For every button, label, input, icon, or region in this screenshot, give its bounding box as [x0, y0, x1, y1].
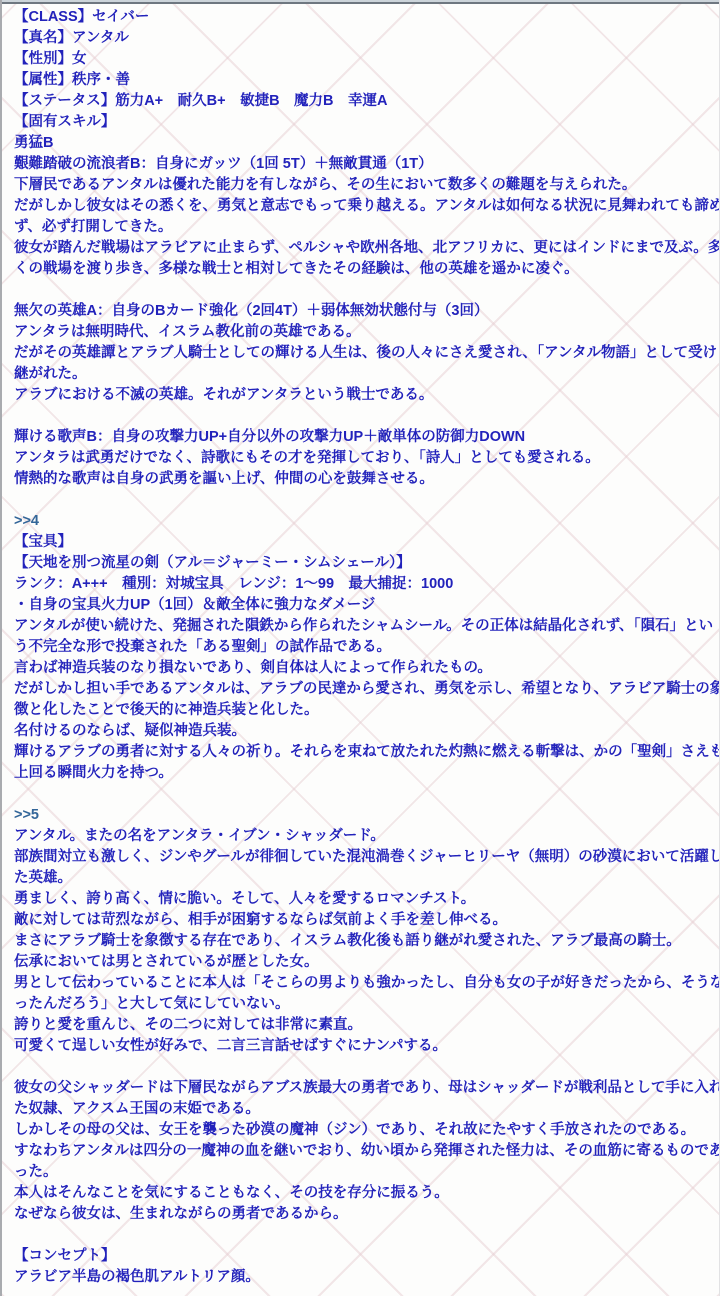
- text-line: 艱難踏破の流浪者B：自身にガッツ（1回 5T）＋無敵貫通（1T）: [14, 154, 707, 175]
- text-line: 誇りと愛を重んじ、その二つに対しては非常に素直。: [14, 1015, 707, 1036]
- text-line: 情熱的な歌声は自身の武勇を謳い上げ、仲間の心を鼓舞させる。: [14, 469, 707, 490]
- text-line: くの戦場を渡り歩き、多様な戦士と相対してきたその経験は、他の英雄を遥かに凌ぐ。: [14, 259, 707, 280]
- text-line: ったんだろう」と大して気にしていない。: [14, 994, 707, 1015]
- text-line: 言わば神造兵装のなり損ないであり、剣自体は人によって作られたもの。: [14, 658, 707, 679]
- text-line: なぜなら彼女は、生まれながらの勇者であるから。: [14, 1204, 707, 1225]
- text-line: った。: [14, 1162, 707, 1183]
- text-line: ランク：A+++ 種別：対城宝具 レンジ：1～99 最大捕捉：1000: [14, 574, 707, 595]
- text-line: 【コンセプト】: [14, 1246, 707, 1267]
- text-line: 輝ける歌声B：自身の攻撃力UP+自分以外の攻撃力UP＋敵単体の防御力DOWN: [14, 427, 707, 448]
- post-lines: 【CLASS】セイバー【真名】アンタル【性別】女【属性】秩序・善【ステータス】筋…: [2, 4, 719, 1288]
- text-line: た英雄。: [14, 868, 707, 889]
- text-line: アンタルが使い続けた、発掘された隕鉄から作られたシャムシール。その正体は結晶化さ…: [14, 616, 707, 637]
- text-line: 【固有スキル】: [14, 112, 707, 133]
- text-line: しかしその母の父は、女王を襲った砂漠の魔神（ジン）であり、それ故にたやすく手放さ…: [14, 1120, 707, 1141]
- text-line: 【CLASS】セイバー: [14, 7, 707, 28]
- text-line: 本人はそんなことを気にすることもなく、その技を存分に振るう。: [14, 1183, 707, 1204]
- text-line: 部族間対立も激しく、ジンやグールが徘徊していた混沌渦巻くジャーヒリーヤ（無明）の…: [14, 847, 707, 868]
- text-line: 可愛くて逞しい女性が好みで、二言三言話せばすぐにナンパする。: [14, 1036, 707, 1057]
- text-line: 【属性】秩序・善: [14, 70, 707, 91]
- anchor-link[interactable]: >>4: [14, 511, 707, 532]
- text-line: 【真名】アンタル: [14, 28, 707, 49]
- text-line: 敵に対しては苛烈ながら、相手が困窮するならば気前よく手を差し伸べる。: [14, 910, 707, 931]
- text-line: すなわちアンタルは四分の一魔神の血を継いでおり、幼い頃から発揮された怪力は、その…: [14, 1141, 707, 1162]
- text-line: アンタル。またの名をアンタラ・イブン・シャッダード。: [14, 826, 707, 847]
- text-line: 【宝具】: [14, 532, 707, 553]
- thread-view: 【CLASS】セイバー【真名】アンタル【性別】女【属性】秩序・善【ステータス】筋…: [0, 0, 720, 1296]
- anchor-link[interactable]: >>5: [14, 805, 707, 826]
- text-line: 下層民であるアンタルは優れた能力を有しながら、その生において数多くの難題を与えら…: [14, 175, 707, 196]
- text-line: 【性別】女: [14, 49, 707, 70]
- text-line: 彼女が踏んだ戦場はアラビアに止まらず、ペルシャや欧州各地、北アフリカに、更にはイ…: [14, 238, 707, 259]
- text-line: 男として伝わっていることに本人は「そこらの男よりも強かったし、自分も女の子が好き…: [14, 973, 707, 994]
- blank-line: [14, 280, 707, 301]
- text-line: 彼女の父シャッダードは下層民ながらアブス族最大の勇者であり、母はシャッダードが戦…: [14, 1078, 707, 1099]
- text-line: 継がれた。: [14, 364, 707, 385]
- text-line: アンタラは無明時代、イスラム教化前の英雄である。: [14, 322, 707, 343]
- text-line: 勇ましく、誇り高く、情に脆い。そして、人々を愛するロマンチスト。: [14, 889, 707, 910]
- text-line: 徴と化したことで後天的に神造兵装と化した。: [14, 700, 707, 721]
- text-line: 無欠の英雄A：自身のBカード強化（2回4T）＋弱体無効状態付与（3回）: [14, 301, 707, 322]
- text-line: 輝けるアラブの勇者に対する人々の祈り。それらを束ねて放たれた灼熱に燃える斬撃は、…: [14, 742, 707, 763]
- text-line: 名付けるのならば、疑似神造兵装。: [14, 721, 707, 742]
- text-line: アラブにおける不滅の英雄。それがアンタラという戦士である。: [14, 385, 707, 406]
- text-line: う不完全な形で投棄された「ある聖剣」の試作品である。: [14, 637, 707, 658]
- blank-line: [14, 406, 707, 427]
- blank-line: [14, 784, 707, 805]
- text-line: 勇猛B: [14, 133, 707, 154]
- text-line: 【天地を別つ流星の剣（アル＝ジャーミー・シムシェール）】: [14, 553, 707, 574]
- text-line: 【ステータス】筋力A+ 耐久B+ 敏捷B 魔力B 幸運A: [14, 91, 707, 112]
- text-line: ・自身の宝具火力UP（1回）＆敵全体に強力なダメージ: [14, 595, 707, 616]
- text-line: 上回る瞬間火力を持つ。: [14, 763, 707, 784]
- text-line: だがしかし彼女はその悉くを、勇気と意志でもって乗り越える。アンタルは如何なる状況…: [14, 196, 707, 217]
- blank-line: [14, 1225, 707, 1246]
- text-line: ず、必ず打開してきた。: [14, 217, 707, 238]
- text-line: アラビア半島の褐色肌アルトリア顔。: [14, 1267, 707, 1288]
- blank-line: [14, 1057, 707, 1078]
- text-line: アンタラは武勇だけでなく、詩歌にもその才を発揮しており、「詩人」としても愛される…: [14, 448, 707, 469]
- text-line: た奴隷、アクスム王国の末姫である。: [14, 1099, 707, 1120]
- text-line: だがしかし担い手であるアンタルは、アラブの民達から愛され、勇気を示し、希望となり…: [14, 679, 707, 700]
- blank-line: [14, 490, 707, 511]
- text-line: だがその英雄譚とアラブ人騎士としての輝ける人生は、後の人々にさえ愛され、「アンタ…: [14, 343, 707, 364]
- text-line: 伝承においては男とされているが歴とした女。: [14, 952, 707, 973]
- text-line: まさにアラブ騎士を象徴する存在であり、イスラム教化後も語り継がれ愛された、アラブ…: [14, 931, 707, 952]
